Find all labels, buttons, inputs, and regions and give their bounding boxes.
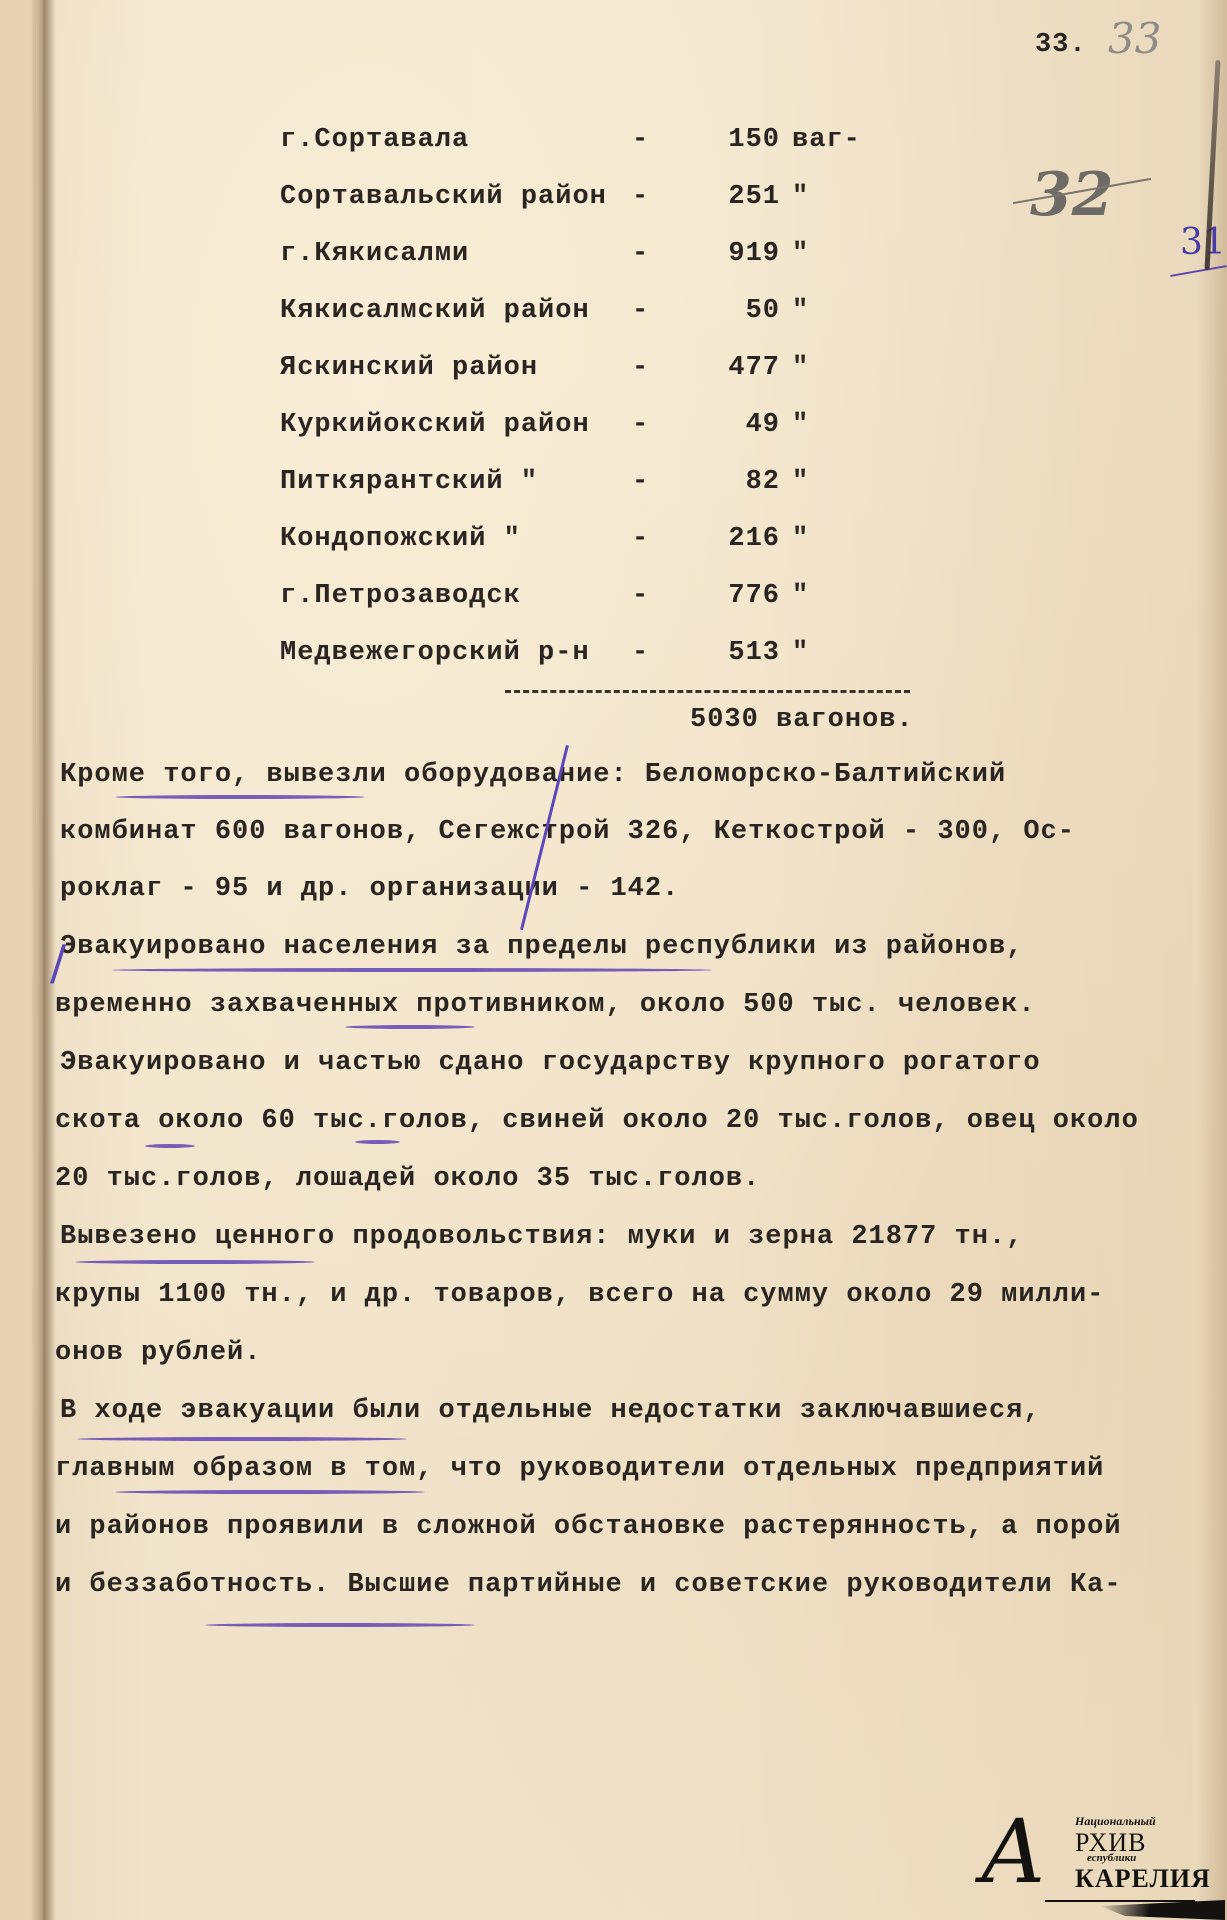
purple-underline <box>345 1025 475 1029</box>
wagon-count: 216 <box>700 524 780 554</box>
location-name: Кякисалмский район <box>280 296 590 326</box>
dash: - <box>632 410 649 440</box>
purple-underline <box>75 1260 315 1264</box>
unit: " <box>792 467 809 497</box>
margin-folio-number: 31 <box>1180 222 1226 263</box>
unit: " <box>792 410 809 440</box>
location-name: Яскинский район <box>280 353 538 383</box>
unit: " <box>792 353 809 383</box>
dash: - <box>632 467 649 497</box>
dash: - <box>632 524 649 554</box>
paragraph-line: крупы 1100 тн., и др. товаров, всего на … <box>55 1280 1104 1310</box>
wagon-count: 776 <box>700 581 780 611</box>
page-edge-shadow <box>1197 0 1227 1920</box>
paragraph-line: комбинат 600 вагонов, Сегежстрой 326, Ке… <box>60 817 1075 847</box>
total-dashed-rule <box>505 690 910 693</box>
logo-line-national: Национальный <box>1075 1814 1156 1829</box>
purple-underline <box>115 795 365 799</box>
location-name: г.Петрозаводск <box>280 581 521 611</box>
dash: - <box>632 125 649 155</box>
crossed-out-folio-number: 32 <box>1030 160 1114 230</box>
wagon-count: 49 <box>700 410 780 440</box>
paragraph-line: В ходе эвакуации были отдельные недостат… <box>60 1396 1041 1426</box>
dash: - <box>632 182 649 212</box>
purple-underline <box>77 1437 407 1441</box>
paragraph-line: и районов проявили в сложной обстановке … <box>55 1512 1122 1542</box>
paragraph-line: роклаг - 95 и др. организации - 142. <box>60 874 679 904</box>
wagon-count: 919 <box>700 239 780 269</box>
location-name: г.Сортавала <box>280 125 469 155</box>
unit: " <box>792 182 809 212</box>
wagon-count: 150 <box>700 125 780 155</box>
purple-underline <box>205 1623 475 1627</box>
paragraph-line: временно захваченных противником, около … <box>55 990 1036 1020</box>
paragraph-line: Вывезено ценного продовольствия: муки и … <box>60 1222 1023 1252</box>
logo-line-republic: еспублики <box>1087 1852 1136 1864</box>
location-name: Куркийокский район <box>280 410 590 440</box>
location-name: Питкярантский " <box>280 467 538 497</box>
unit: " <box>792 524 809 554</box>
paragraph-line: 20 тыс.голов, лошадей около 35 тыс.голов… <box>55 1164 760 1194</box>
logo-line-karelia: КАРЕЛИЯ <box>1075 1864 1211 1894</box>
unit: " <box>792 638 809 668</box>
wagon-count: 82 <box>700 467 780 497</box>
wagon-total: 5030 вагонов. <box>690 705 914 735</box>
paragraph-line: Эвакуировано населения за пределы респуб… <box>60 932 1023 962</box>
location-name: Медвежегорский р-н <box>280 638 590 668</box>
wagon-count: 477 <box>700 353 780 383</box>
location-name: г.Кякисалми <box>280 239 469 269</box>
unit: " <box>792 581 809 611</box>
unit: " <box>792 296 809 326</box>
purple-underline <box>355 1140 400 1144</box>
purple-underline <box>112 968 712 972</box>
dash: - <box>632 239 649 269</box>
wagon-count: 50 <box>700 296 780 326</box>
dash: - <box>632 353 649 383</box>
dash: - <box>632 296 649 326</box>
logo-rule <box>1045 1900 1195 1902</box>
quill-icon <box>1100 1900 1225 1920</box>
wagon-count: 251 <box>700 182 780 212</box>
location-name: Кондопожский " <box>280 524 521 554</box>
paragraph-line: главным образом в том, что руководители … <box>55 1454 1104 1484</box>
handwritten-folio-number: 33 <box>1108 14 1161 63</box>
archive-logo: А Национальный РХИВ еспублики КАРЕЛИЯ <box>975 1808 1225 1920</box>
purple-underline <box>145 1144 195 1148</box>
paragraph-line: и беззаботность. Высшие партийные и сове… <box>55 1570 1122 1600</box>
unit: ваг- <box>792 125 861 155</box>
dash: - <box>632 581 649 611</box>
paragraph-line: онов рублей. <box>55 1338 261 1368</box>
dash: - <box>632 638 649 668</box>
wagon-count: 513 <box>700 638 780 668</box>
typed-page-number: 33. <box>1035 30 1087 60</box>
paragraph-line: Кроме того, вывезли оборудование: Беломо… <box>60 760 1006 790</box>
unit: " <box>792 239 809 269</box>
margin-check-mark: / <box>50 935 66 991</box>
paragraph-line: скота около 60 тыс.голов, свиней около 2… <box>55 1106 1139 1136</box>
purple-underline <box>115 1490 425 1494</box>
logo-monogram: А <box>980 1808 1047 1896</box>
paragraph-line: Эвакуировано и частью сдано государству … <box>60 1048 1041 1078</box>
location-name: Сортавальский район <box>280 182 607 212</box>
